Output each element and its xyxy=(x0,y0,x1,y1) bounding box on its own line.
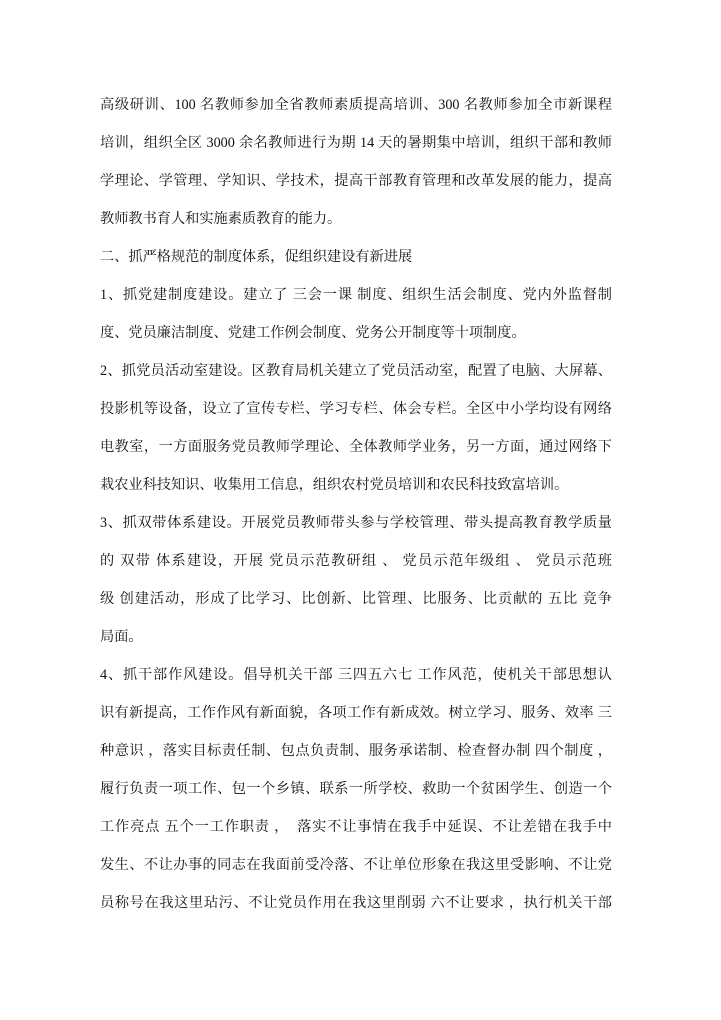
text-line: 电教室，一方面服务党员教师学理论、全体教师学业务，另一方面，通过网络下 xyxy=(100,428,612,466)
text-line: 4、抓干部作风建设。倡导机关干部 三四五六七 工作风范，使机关干部思想认 xyxy=(100,656,612,694)
text-line: 1、抓党建制度建设。建立了 三会一课 制度、组织生活会制度、党内外监督制 xyxy=(100,276,612,314)
heading-line: 二、抓严格规范的制度体系，促组织建设有新进展 xyxy=(100,238,612,276)
paragraph-item-3: 3、抓双带体系建设。开展党员教师带头参与学校管理、带头提高教育教学质量 的 双带… xyxy=(100,504,612,656)
text-line: 栽农业科技知识、收集用工信息，组织农村党员培训和农民科技致富培训。 xyxy=(100,466,612,504)
text-line: 的 双带 体系建设，开展 党员示范教研组 、 党员示范年级组 、 党员示范班 xyxy=(100,542,612,580)
text-line: 级 创建活动，形成了比学习、比创新、比管理、比服务、比贡献的 五比 竞争 xyxy=(100,580,612,618)
text-line: 工作亮点 五个一工作职责 ， 落实不让事情在我手中延误、不让差错在我手中 xyxy=(100,808,612,846)
paragraph-item-4: 4、抓干部作风建设。倡导机关干部 三四五六七 工作风范，使机关干部思想认 识有新… xyxy=(100,656,612,922)
text-line: 投影机等设备，设立了宣传专栏、学习专栏、体会专栏。全区中小学均设有网络 xyxy=(100,390,612,428)
text-line: 识有新提高，工作作风有新面貌，各项工作有新成效。树立学习、服务、效率 三 xyxy=(100,694,612,732)
text-line: 局面。 xyxy=(100,618,612,656)
text-line: 高级研训、100 名教师参加全省教师素质提高培训、300 名教师参加全市新课程 xyxy=(100,86,612,124)
text-line: 2、抓党员活动室建设。区教育局机关建立了党员活动室，配置了电脑、大屏幕、 xyxy=(100,352,612,390)
section-heading: 二、抓严格规范的制度体系，促组织建设有新进展 xyxy=(100,238,612,276)
text-line: 培训，组织全区 3000 余名教师进行为期 14 天的暑期集中培训，组织干部和教… xyxy=(100,124,612,162)
paragraph-item-1: 1、抓党建制度建设。建立了 三会一课 制度、组织生活会制度、党内外监督制 度、党… xyxy=(100,276,612,352)
text-line: 履行负责一项工作、包一个乡镇、联系一所学校、救助一个贫困学生、创造一个 xyxy=(100,770,612,808)
text-line: 种意识 ，落实目标责任制、包点负责制、服务承诺制、检查督办制 四个制度 ， xyxy=(100,732,612,770)
text-line: 教师教书育人和实施素质教育的能力。 xyxy=(100,200,612,238)
paragraph-item-2: 2、抓党员活动室建设。区教育局机关建立了党员活动室，配置了电脑、大屏幕、 投影机… xyxy=(100,352,612,504)
text-line: 度、党员廉洁制度、党建工作例会制度、党务公开制度等十项制度。 xyxy=(100,314,612,352)
text-line: 学理论、学管理、学知识、学技术，提高干部教育管理和改革发展的能力，提高 xyxy=(100,162,612,200)
paragraph-continuation: 高级研训、100 名教师参加全省教师素质提高培训、300 名教师参加全市新课程 … xyxy=(100,86,612,238)
text-line: 3、抓双带体系建设。开展党员教师带头参与学校管理、带头提高教育教学质量 xyxy=(100,504,612,542)
document-body: 高级研训、100 名教师参加全省教师素质提高培训、300 名教师参加全市新课程 … xyxy=(100,86,612,922)
text-line: 员称号在我这里玷污、不让党员作用在我这里削弱 六不让要求 ，执行机关干部 xyxy=(100,884,612,922)
document-page: 高级研训、100 名教师参加全省教师素质提高培训、300 名教师参加全市新课程 … xyxy=(0,0,721,1020)
text-line: 发生、不让办事的同志在我面前受冷落、不让单位形象在我这里受影响、不让党 xyxy=(100,846,612,884)
